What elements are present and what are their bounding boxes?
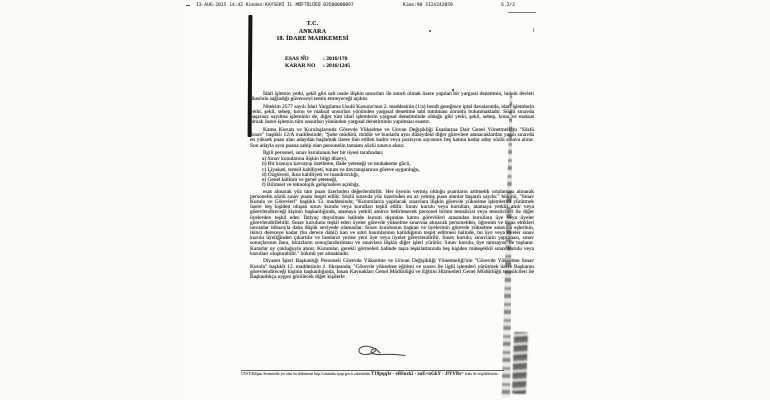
criteria-item: f) Bilimsel ve teknolojik gelişmelere aç… — [262, 183, 534, 188]
republic-abbreviation: T.C. — [250, 21, 375, 29]
fax-header-underline — [508, 12, 536, 13]
uyap-verification-code: T19pqqIe - eBSuzkI - zuE+nGkY - JlYVBs= — [371, 372, 464, 377]
court-name: 18. İDARE MAHKEMESİ — [250, 36, 375, 44]
evaluation-criteria-list: a) Sınav konularına ilişkin bilgi düzeyi… — [250, 157, 534, 189]
karar-no-value: : 2016/1245 — [323, 63, 350, 70]
decision-body-text: İdari işlemin yetki, şekil gibi salt usu… — [250, 92, 534, 283]
karar-no-row: KARAR NO : 2016/1245 — [285, 63, 350, 70]
uyap-footer: UYAP Bilişim Sisteminde yer alan bu dokü… — [241, 372, 509, 377]
scanned-page: 13-AUG-2015 14:42 Kimden:KAYSERİ İL MÜFT… — [183, 0, 635, 400]
uyap-footer-suffix: kodu ile erişebilirsiniz. — [465, 372, 499, 376]
body-paragraph: Diyanet İşleri Başkanlığı Personeli Göre… — [250, 259, 534, 280]
scanned-court-document: { "fax_header": { "left": "13-AUG-2015 1… — [0, 0, 770, 400]
handwritten-signature — [350, 341, 408, 361]
fax-recipient-info: Kime:90 3124242059 — [403, 3, 453, 8]
footer-divider — [241, 370, 504, 371]
case-info-block: ESAS NO : 2016/170 KARAR NO : 2016/1245 — [285, 56, 350, 71]
court-header: T.C. ANKARA 18. İDARE MAHKEMESİ — [250, 21, 375, 44]
body-paragraph: Nitekim 2577 sayılı İdari Yargılama Usul… — [250, 105, 534, 126]
body-paragraph: Kamu Kurum ve Kuruluşlarında Görevde Yük… — [250, 128, 534, 149]
karar-no-label: KARAR NO — [285, 63, 323, 70]
uyap-footer-text: UYAP Bilişim Sisteminde yer alan bu dokü… — [241, 372, 370, 376]
fax-page-number: S.2/2 — [501, 3, 515, 8]
body-paragraph: İdari işlemin yetki, şekil gibi salt usu… — [250, 92, 534, 102]
body-paragraph: esas alınarak yüz tam puan üzerinden değ… — [250, 190, 534, 257]
fax-sender-info: 13-AUG-2015 14:42 Kimden:KAYSERİ İL MÜFT… — [196, 3, 354, 8]
